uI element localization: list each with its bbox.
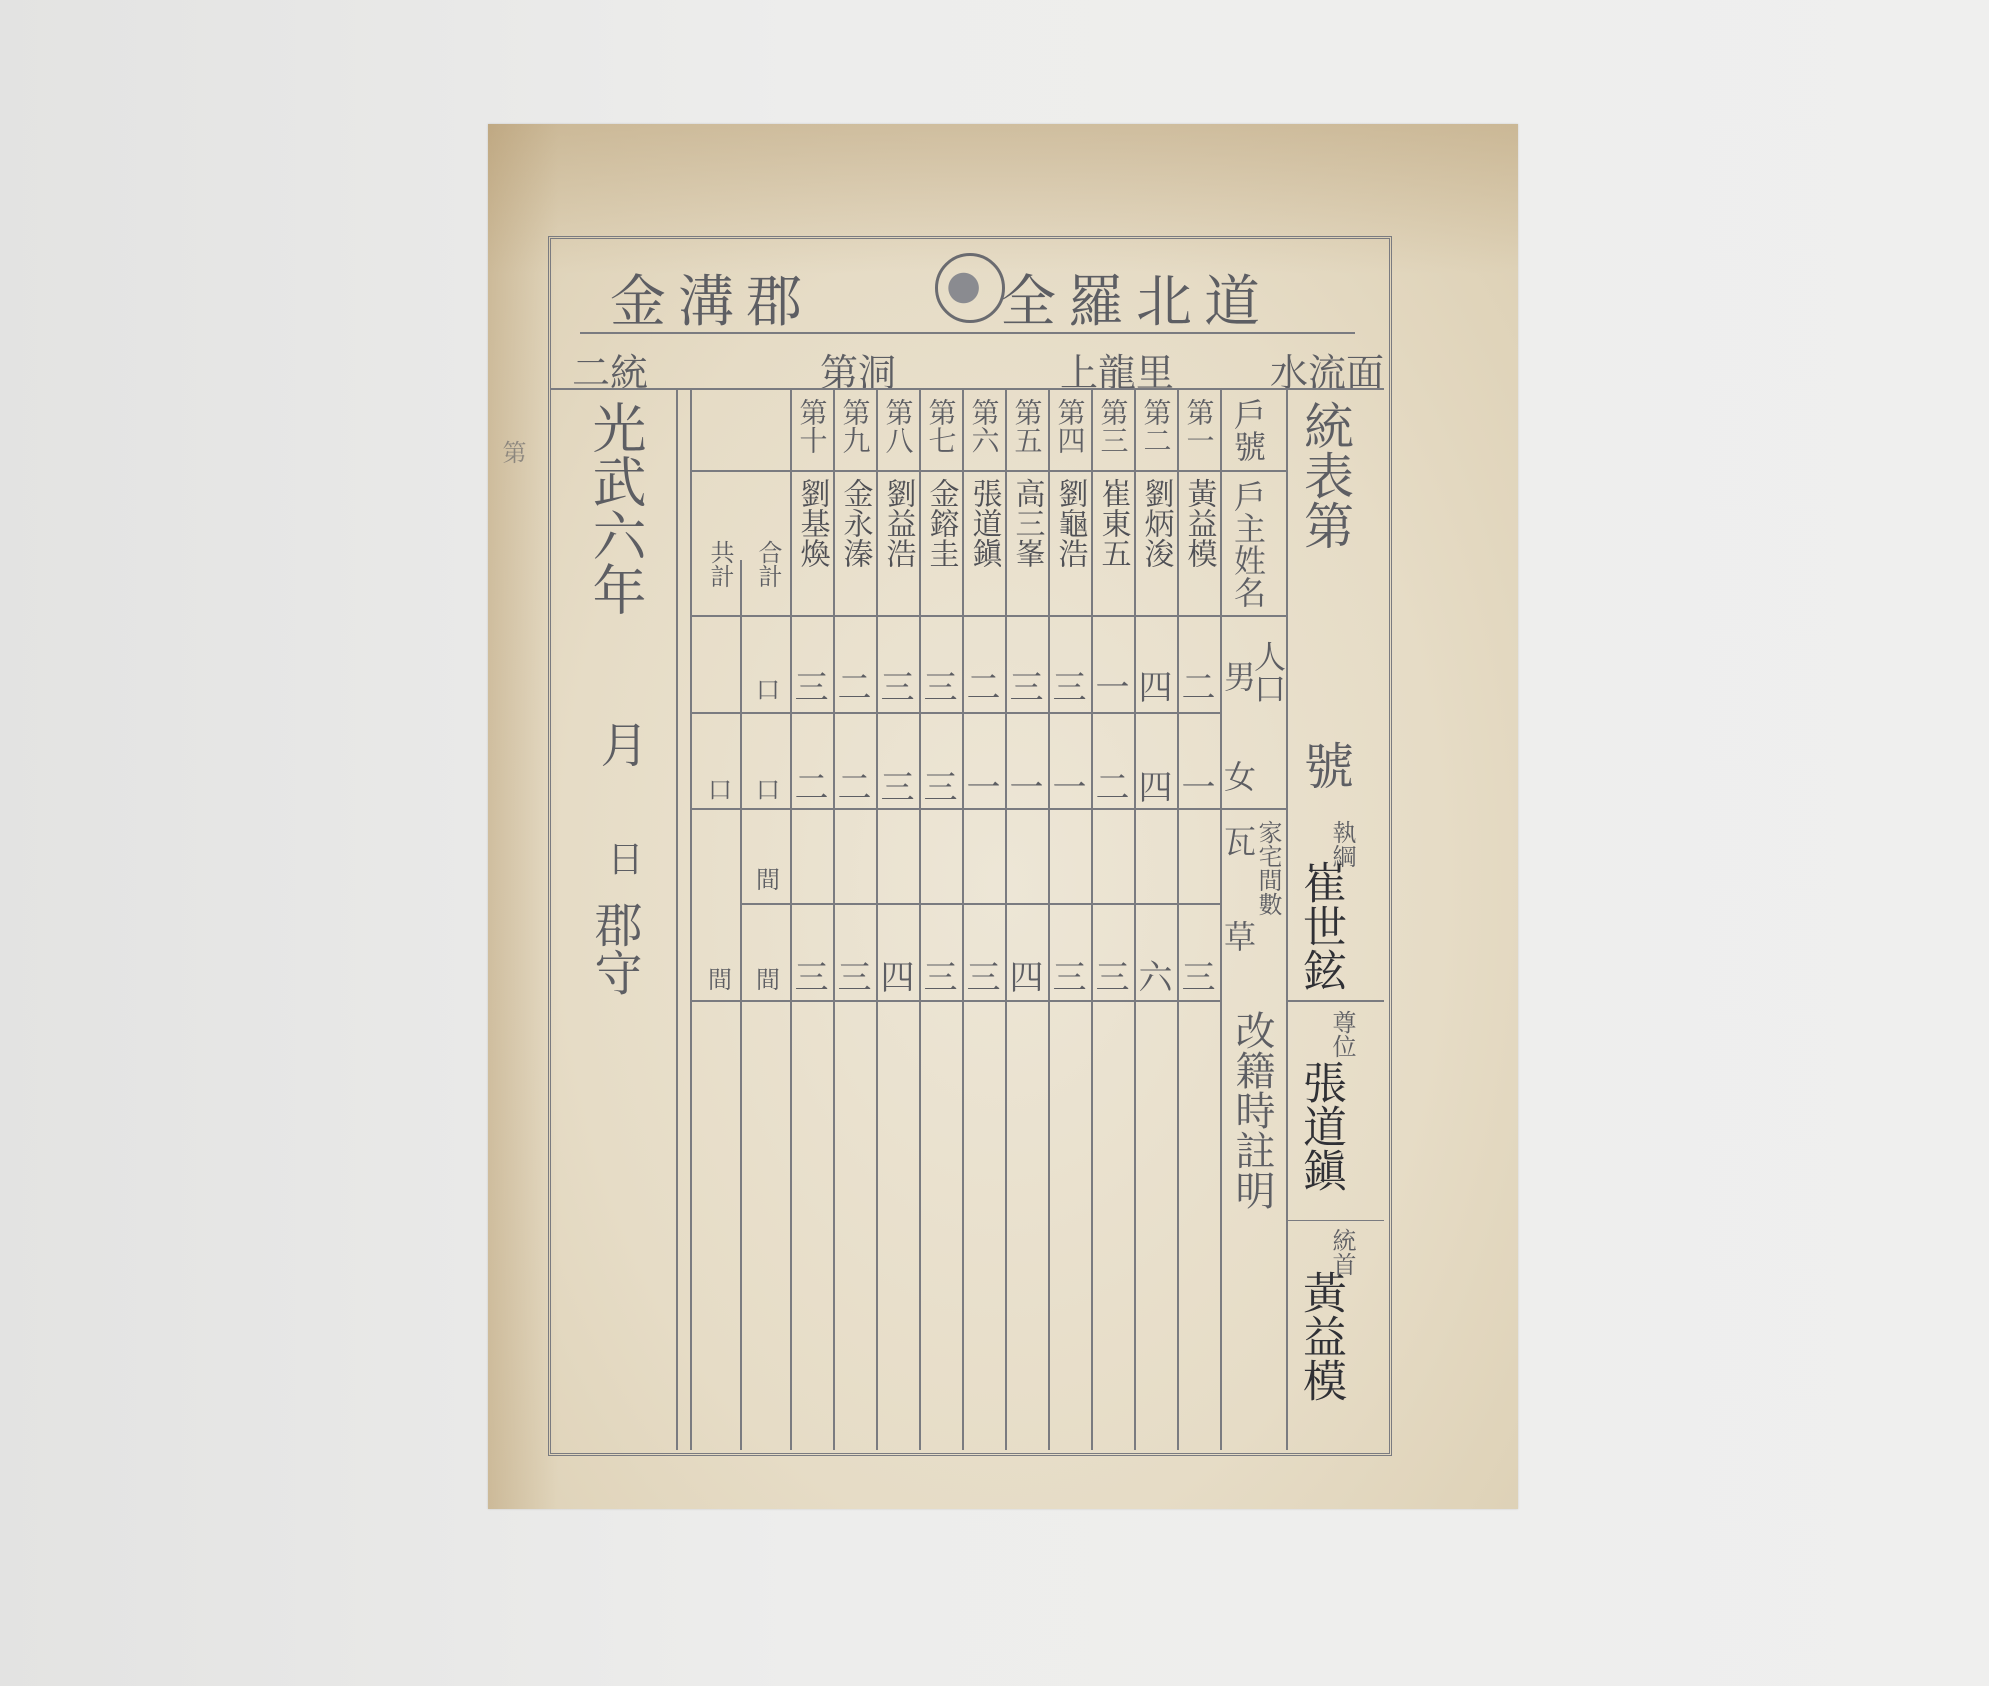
- header-male: 男: [1222, 660, 1254, 692]
- household-no: 第九: [841, 398, 869, 454]
- female-count: 四: [1136, 760, 1176, 809]
- divider: [876, 390, 878, 1450]
- thatch-rooms: 三: [792, 950, 832, 999]
- header-remarks: 改籍時註明: [1232, 1010, 1272, 1210]
- divider: [690, 390, 692, 1450]
- title-province: 全羅北道: [1000, 258, 1272, 338]
- household-head-name: 劉炳浚: [1141, 478, 1171, 568]
- divider: [1091, 390, 1093, 1450]
- male-count: 二: [964, 660, 1004, 709]
- total-rooms-unit: 間: [700, 960, 740, 995]
- male-count: 三: [878, 660, 918, 709]
- household-head-name: 黃益模: [1184, 478, 1214, 568]
- divider: [1048, 390, 1050, 1450]
- thatch-rooms: 三: [921, 950, 961, 999]
- household-no: 第三: [1099, 398, 1127, 454]
- subtotal-tile-unit: 間: [748, 860, 788, 895]
- female-count: 二: [1093, 760, 1133, 809]
- household-no: 第十: [798, 398, 826, 454]
- divider: [1286, 390, 1288, 1450]
- date-era: 光武六年: [588, 400, 642, 616]
- margin-mark: 第: [500, 440, 524, 464]
- thatch-rooms: 三: [1179, 950, 1219, 999]
- household-head-name: 劉基煥: [797, 478, 827, 568]
- household-no: 第五: [1013, 398, 1041, 454]
- divider: [1005, 390, 1007, 1450]
- household-head-name: 崔東五: [1098, 478, 1128, 568]
- official-title: 統首: [1330, 1228, 1354, 1276]
- divider: [833, 390, 835, 1450]
- taeguk-emblem-icon: [935, 253, 1005, 323]
- divider: [690, 1000, 1220, 1002]
- male-count: 三: [792, 660, 832, 709]
- form-number-label: 號: [1300, 740, 1350, 790]
- female-count: 一: [1007, 760, 1047, 809]
- household-no: 第八: [884, 398, 912, 454]
- divider: [1177, 390, 1179, 1450]
- subtotal-female-unit: 口: [748, 770, 788, 805]
- header-thatch: 草: [1222, 920, 1254, 952]
- header-house-rooms: 家宅間數: [1256, 820, 1280, 916]
- male-count: 四: [1136, 660, 1176, 709]
- subtotal-thatch-unit: 間: [748, 960, 788, 995]
- household-head-name: 金鎔圭: [926, 478, 956, 568]
- divider: [740, 903, 1220, 905]
- title-county: 金溝郡: [610, 258, 814, 338]
- household-head-name: 高三峯: [1012, 478, 1042, 568]
- household-head-name: 劉益浩: [883, 478, 913, 568]
- thatch-rooms: 三: [1050, 950, 1090, 999]
- female-count: 三: [921, 760, 961, 809]
- divider: [690, 712, 1220, 714]
- household-no: 第二: [1142, 398, 1170, 454]
- subtotal-label: 合計: [756, 540, 780, 588]
- subtotal-male-unit: 口: [748, 670, 788, 705]
- thatch-rooms: 三: [835, 950, 875, 999]
- male-count: 三: [921, 660, 961, 709]
- household-head-name: 劉龜浩: [1055, 478, 1085, 568]
- header-head-name: 戶主姓名: [1232, 480, 1264, 608]
- divider: [962, 390, 964, 1450]
- divider: [690, 470, 1286, 472]
- male-count: 二: [835, 660, 875, 709]
- divider: [1286, 1000, 1384, 1002]
- female-count: 三: [878, 760, 918, 809]
- thatch-rooms: 四: [878, 950, 918, 999]
- total-label: 共計: [708, 540, 732, 588]
- date-issuer: 郡守: [590, 900, 638, 996]
- divider: [676, 390, 678, 1450]
- official-name: 張道鎭: [1298, 1060, 1342, 1192]
- household-head-name: 金永溱: [840, 478, 870, 568]
- date-month: 月: [596, 720, 644, 768]
- household-no: 第六: [970, 398, 998, 454]
- date-day: 日: [604, 840, 640, 876]
- divider: [1286, 1220, 1384, 1221]
- total-pop-unit: 口: [700, 770, 740, 805]
- header-tile: 瓦: [1222, 825, 1254, 857]
- official-name: 崔世鉉: [1298, 860, 1342, 992]
- header-household-no: 戶號: [1232, 398, 1264, 462]
- divider: [690, 615, 1286, 617]
- household-no: 第七: [927, 398, 955, 454]
- female-count: 一: [1050, 760, 1090, 809]
- divider: [740, 560, 742, 1450]
- thatch-rooms: 四: [1007, 950, 1047, 999]
- household-head-name: 張道鎭: [969, 478, 999, 568]
- official-name: 黃益模: [1298, 1270, 1342, 1402]
- divider: [1134, 390, 1136, 1450]
- female-count: 二: [835, 760, 875, 809]
- divider: [790, 390, 792, 1450]
- thatch-rooms: 六: [1136, 950, 1176, 999]
- official-title: 尊位: [1330, 1010, 1354, 1058]
- male-count: 三: [1007, 660, 1047, 709]
- thatch-rooms: 三: [964, 950, 1004, 999]
- female-count: 二: [792, 760, 832, 809]
- thatch-rooms: 三: [1093, 950, 1133, 999]
- household-no: 第四: [1056, 398, 1084, 454]
- header-female: 女: [1222, 760, 1254, 792]
- household-no: 第一: [1185, 398, 1213, 454]
- male-count: 一: [1093, 660, 1133, 709]
- female-count: 一: [964, 760, 1004, 809]
- form-title: 統表第: [1300, 400, 1350, 550]
- male-count: 三: [1050, 660, 1090, 709]
- male-count: 二: [1179, 660, 1219, 709]
- divider: [919, 390, 921, 1450]
- female-count: 一: [1179, 760, 1219, 809]
